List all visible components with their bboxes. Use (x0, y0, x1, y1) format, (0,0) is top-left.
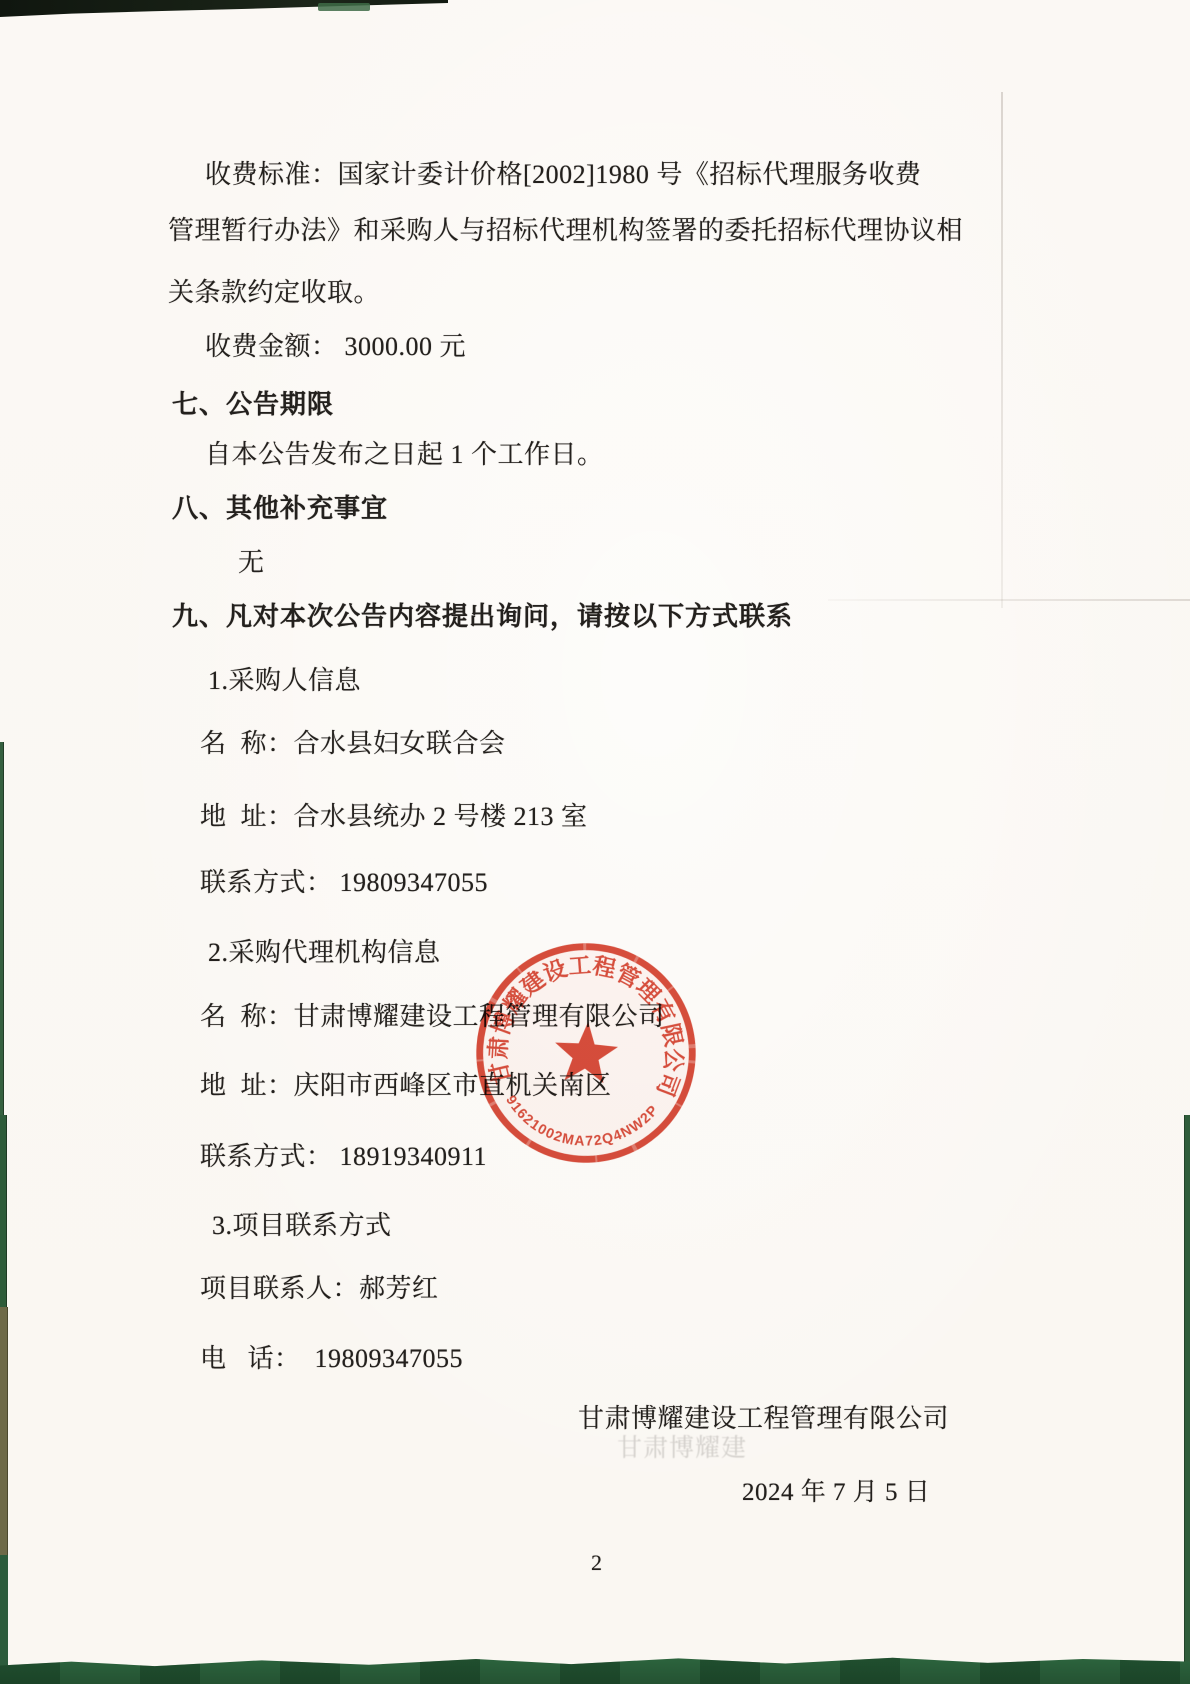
bleedthrough-text: 甘肃博耀建 (617, 1428, 747, 1464)
agency-contact-line: 联系方式： 18919340911 (200, 1140, 487, 1174)
section-7-body: 自本公告发布之日起 1 个工作日。 (205, 438, 604, 472)
purchaser-info-label: 1.采购人信息 (208, 664, 361, 698)
section-7-heading: 七、公告期限 (172, 388, 334, 422)
scan-edge-bottom (0, 1652, 1190, 1684)
fee-standard-line-3: 关条款约定收取。 (168, 276, 380, 310)
project-contact-person-line: 项目联系人：郝芳红 (200, 1272, 439, 1306)
signature-date-line: 2024 年 7 月 5 日 (742, 1476, 930, 1510)
scan-edge-left-lower (0, 1555, 8, 1684)
fee-amount-line: 收费金额： 3000.00 元 (205, 330, 466, 364)
paper-crease-horizontal (828, 599, 1190, 601)
scan-edge-left-upper (0, 742, 4, 1115)
scan-edge-right (1184, 1115, 1190, 1684)
section-8-body: 无 (238, 546, 265, 580)
section-8-heading: 八、其他补充事宜 (172, 492, 388, 526)
scan-edge-left-middle (0, 1115, 7, 1307)
fee-standard-line-1: 收费标准：国家计委计价格[2002]1980 号《招标代理服务收费 (205, 158, 921, 192)
project-phone-line: 电 话： 19809347055 (200, 1342, 463, 1376)
page-number: 2 (591, 1546, 602, 1580)
scanned-document-page: 收费标准：国家计委计价格[2002]1980 号《招标代理服务收费 管理暂行办法… (0, 0, 1190, 1684)
project-contact-label: 3.项目联系方式 (212, 1209, 392, 1243)
fee-standard-line-2: 管理暂行办法》和采购人与招标代理机构签署的委托招标代理协议相 (168, 214, 963, 248)
agency-info-label: 2.采购代理机构信息 (208, 936, 441, 970)
scan-edge-left-olive (0, 1307, 8, 1555)
section-9-heading: 九、凡对本次公告内容提出询问，请按以下方式联系 (172, 600, 793, 634)
purchaser-contact-line: 联系方式： 19809347055 (200, 866, 488, 900)
purchaser-address-line: 地 址：合水县统办 2 号楼 213 室 (200, 800, 588, 834)
scan-edge-top (0, 0, 448, 17)
company-seal: 甘肃博耀建设工程管理有限公司 91621002MA72Q4NW2P (461, 928, 711, 1178)
purchaser-name-line: 名 称：合水县妇女联合会 (200, 727, 506, 761)
paper-crease-vertical (1001, 92, 1003, 608)
scan-edge-top-green-mark (318, 3, 370, 11)
